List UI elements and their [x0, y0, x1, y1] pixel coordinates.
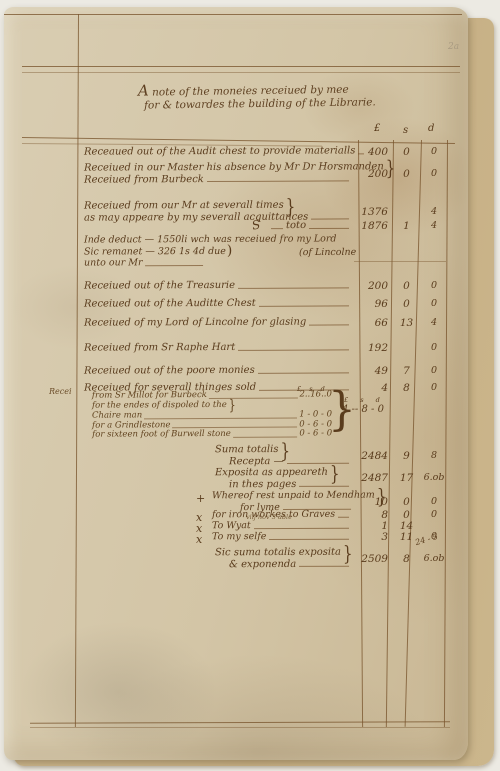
entry-label: Receaued out of the Audit chest to provi…: [84, 145, 355, 158]
leader-line: [146, 265, 204, 266]
amount-pounds: 4: [354, 382, 392, 394]
ledger-row: Receiued out of the poore monies: [84, 364, 352, 377]
total-label: Suma totalis: [215, 444, 279, 456]
deduction-line3: unto our Mr: [84, 257, 143, 269]
brace-glyph: }: [330, 467, 340, 481]
grand-total-label: Sic suma totalis exposita: [215, 547, 341, 559]
grand-total-label: & exponenda: [229, 558, 296, 570]
amount-pounds: 192: [354, 342, 392, 354]
entry-amounts: 4 8 0: [354, 382, 447, 394]
amount-pounds: 2509: [354, 553, 392, 565]
amount-shillings: 0: [392, 146, 421, 158]
total-amounts: 2487 17 6.ob: [354, 472, 447, 484]
ruling-line: [4, 14, 462, 15]
leader-line: [299, 486, 349, 487]
amount-pounds: 49: [354, 365, 392, 377]
amount-shillings: 0: [392, 496, 421, 508]
amount-pence: 4: [421, 317, 447, 329]
ruling-line: [22, 66, 460, 67]
leader-line: [338, 516, 349, 517]
entry-amounts: 49 7 0: [354, 365, 447, 377]
entry-label: Receiued out of the Auditte Chest: [84, 298, 256, 310]
brace-glyph: }: [229, 399, 236, 413]
amount-shillings: [392, 206, 421, 218]
amount-pence: 0: [421, 342, 447, 354]
leader-line: [172, 427, 297, 429]
amount-pounds: 200: [354, 168, 392, 180]
deduction-note: Inde deduct — 1550li wch was receiued fr…: [84, 233, 334, 269]
entry-label: Receiued in our Master his absence by Mr…: [84, 161, 384, 174]
expense-label: To my selfe: [212, 531, 266, 543]
leader-line: [207, 180, 349, 182]
leader-line: [287, 463, 349, 464]
mini-column-header: £ s d: [344, 396, 385, 404]
total-label: Recepta —: [229, 455, 284, 467]
amount-pence: 0: [421, 365, 447, 377]
leader-line: [254, 527, 349, 528]
leader-line: [258, 372, 349, 373]
ruling-line: [22, 72, 460, 73]
amount-pence: 4: [421, 220, 447, 232]
entry-amounts: 1876 1 4: [354, 220, 447, 232]
amount-shillings: 17: [392, 472, 421, 484]
amount-pounds: 1876: [354, 220, 392, 232]
title-initial: A: [138, 82, 149, 100]
amount-shillings: 7: [392, 365, 421, 377]
ruling-line: [30, 727, 450, 728]
amount-shillings: 8: [392, 553, 421, 565]
total-row: Exposita as appeareth} in thes pages: [215, 467, 352, 491]
leader-line: [209, 397, 298, 398]
total-label: in thes pages: [229, 478, 296, 490]
entry-amounts: 400 0 0: [354, 146, 447, 158]
ledger-row: toto: [268, 220, 352, 232]
amount-pounds: 2487: [354, 472, 392, 484]
entry-label: Receiued out of the poore monies: [84, 365, 255, 377]
entry-amounts: 200 0 0: [354, 168, 447, 180]
amount-pence: 0: [421, 146, 447, 158]
entry-label: Receiued out of the Treasurie: [84, 280, 235, 292]
plus-mark: +: [196, 492, 205, 505]
subitem-label: for sixteen foot of Burwell stone: [92, 430, 231, 441]
ledger-row: Receiued out of the Auditte Chest: [84, 297, 352, 310]
sublist-subtotal: 4 -- 8 - 0: [342, 404, 384, 415]
entry-label: Receiued from Sr Raphe Hart: [84, 342, 235, 354]
folio-number: 2a: [448, 42, 459, 52]
deduction-line2: Sic remanet — 326 1s 4d due: [84, 245, 226, 257]
cross-mark: x: [196, 533, 202, 546]
leader-line: [269, 538, 349, 539]
amount-pounds: 10: [354, 496, 392, 508]
brace-glyph: }: [280, 444, 290, 458]
amount-shillings: [392, 342, 421, 354]
ledger-row: Receiued from Sr Raphe Hart: [84, 341, 352, 354]
margin-note: Recei: [49, 387, 78, 396]
leader-line: [238, 287, 349, 288]
leader-line: [144, 417, 297, 419]
amount-pounds: 96: [354, 298, 392, 310]
deduction-line1: Inde deduct — 1550li wch was receiued fr…: [84, 233, 337, 246]
entry-label: toto: [286, 220, 306, 232]
amount-pence: 0: [421, 496, 447, 508]
manuscript-scan: 2a Recei A note of the moneies receiued …: [0, 0, 500, 771]
ruling-line: [354, 261, 446, 262]
expense-amounts: 10 0 0: [354, 496, 447, 508]
entry-amounts: 96 0 0: [354, 298, 447, 310]
expense-label: To Wyat: [212, 520, 251, 532]
ledger-row: Receiued in our Master his absence by Mr…: [84, 161, 352, 185]
entry-amounts: 1376 4: [354, 206, 447, 218]
things-sold-sublist: from Sr Millot for Burbeck2..16..0 for t…: [92, 390, 332, 440]
amount-pounds: 1376: [354, 206, 392, 218]
amount-shillings: 8: [392, 382, 421, 394]
grand-total-row: Sic suma totalis exposita} & exponenda: [215, 547, 352, 571]
amount-pounds: 200: [354, 280, 392, 292]
deduction-side-text: (of Lincolne: [299, 247, 356, 259]
total-label: Exposita as appeareth: [215, 467, 328, 479]
column-header-shillings: s: [403, 125, 408, 136]
leader-line: [238, 349, 349, 350]
expense-label: Whereof rest unpaid to Mendham: [212, 490, 375, 502]
ledger-row: Receaued out of the Audit chest to provi…: [84, 145, 352, 158]
entry-label: Receiued from Burbeck: [84, 174, 204, 186]
amount-shillings: 0: [392, 280, 421, 292]
brace-glyph: }: [343, 546, 353, 560]
amount-shillings: 0: [392, 168, 421, 180]
ledger-row: Receiued out of the Treasurie: [84, 279, 352, 292]
entry-label: Receiued from our Mr at severall times: [84, 200, 284, 212]
amount-pence: 8: [421, 450, 447, 462]
amount-pounds: 2484: [354, 450, 392, 462]
grand-total-amounts: 2509 8 6.ob: [354, 553, 447, 565]
paren-glyph: ): [227, 245, 233, 257]
leader-line: [309, 227, 349, 228]
amount-pounds: 3: [354, 531, 392, 543]
amount-pence: 6.ob: [421, 472, 447, 484]
amount-pence: 0: [421, 298, 447, 310]
leader-line: [299, 566, 349, 567]
total-amounts: 2484 9 8: [354, 450, 447, 462]
column-header-pounds: £: [374, 123, 380, 134]
amount-pounds: 66: [354, 317, 392, 329]
amount-pence: 0: [421, 168, 447, 180]
entry-label: Receiued of my Lord of Lincolne for glas…: [84, 317, 306, 329]
amount-pence: 0: [421, 382, 447, 394]
amount-shillings: 1: [392, 220, 421, 232]
leader-line: [271, 228, 283, 229]
amount-shillings: 9: [392, 450, 421, 462]
leader-line: [309, 324, 349, 325]
amount-shillings: 13: [392, 317, 421, 329]
amount-pence: 6.ob: [421, 553, 447, 565]
page-title: A note of the moneies receiued by mee fo…: [138, 81, 376, 111]
entry-amounts: 200 0 0: [354, 280, 447, 292]
amount-pence: 4: [421, 206, 447, 218]
expense-row: To my selfe: [212, 531, 352, 543]
deduction-side-note: (of Lincolne: [299, 247, 356, 259]
ledger-row: Receiued of my Lord of Lincolne for glas…: [84, 316, 352, 329]
amount-shillings: 0: [392, 298, 421, 310]
amount-pence: 0: [421, 280, 447, 292]
entry-amounts: 66 13 4: [354, 317, 447, 329]
entry-amounts: 192 0: [354, 342, 447, 354]
brace-glyph: }: [286, 199, 296, 213]
leader-line: [259, 305, 349, 306]
column-header-pence: d: [428, 123, 434, 134]
